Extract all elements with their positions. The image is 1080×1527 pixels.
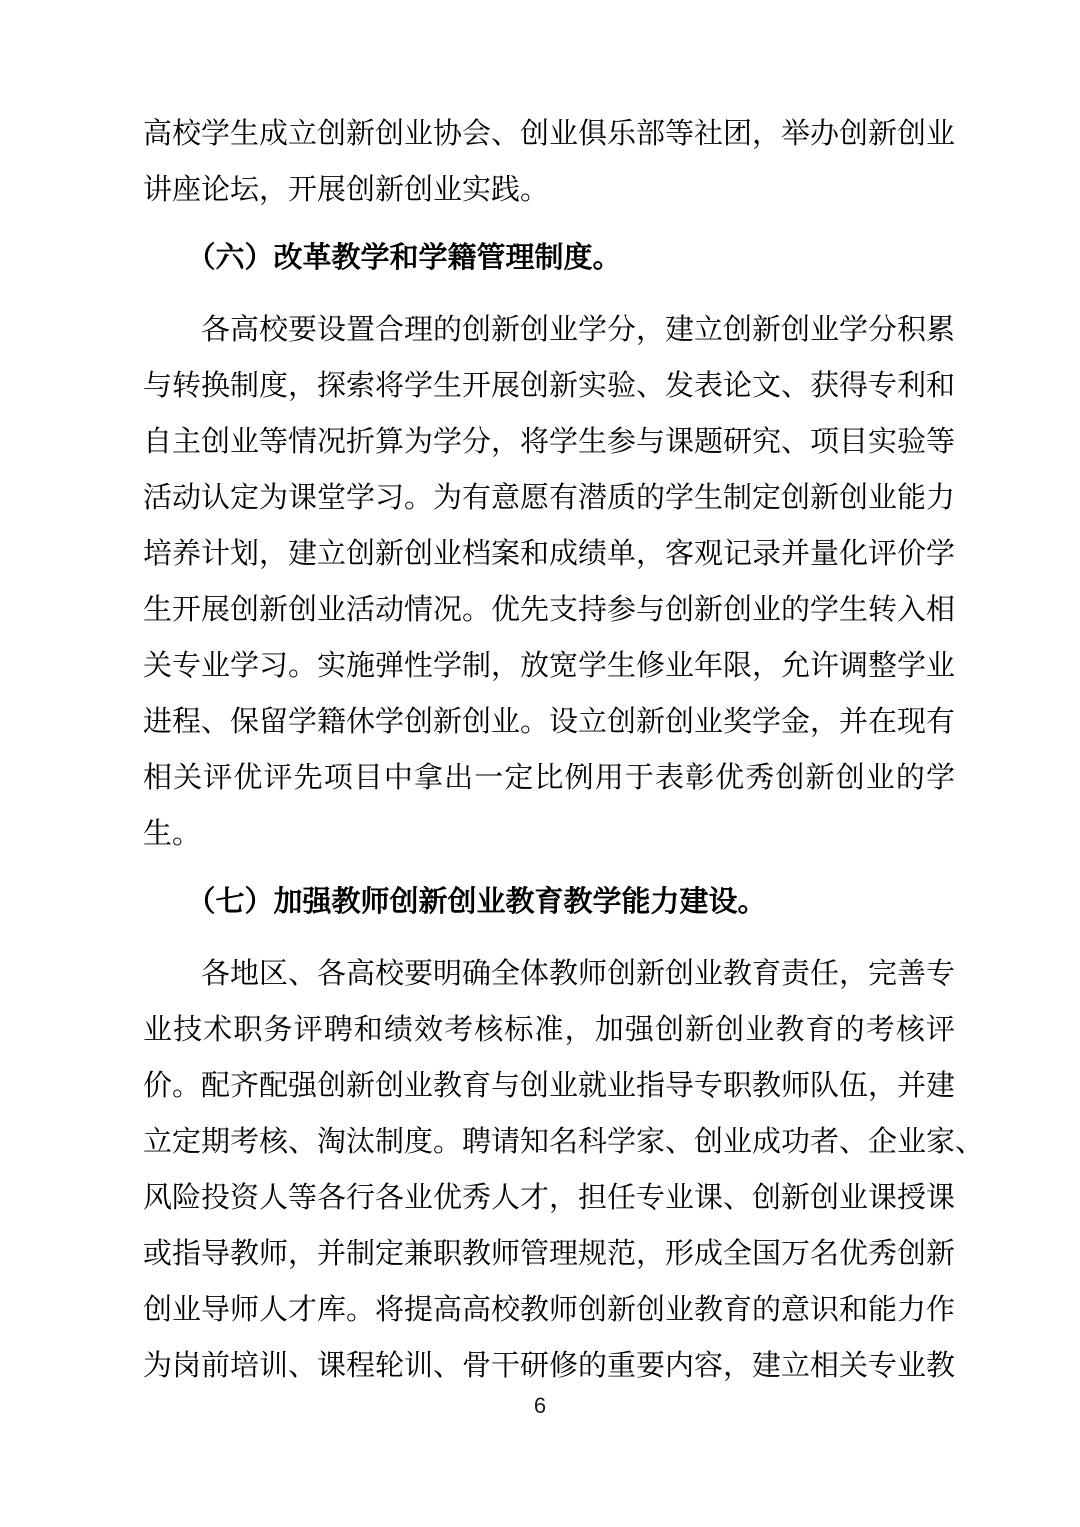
text-line: 培养计划，建立创新创业档案和成绩单，客观记录并量化评价学 — [143, 526, 955, 582]
document-page: 高校学生成立创新创业协会、创业俱乐部等社团，举办创新创业 讲座论坛，开展创新创业… — [0, 0, 1080, 1527]
opening-paragraph: 高校学生成立创新创业协会、创业俱乐部等社团，举办创新创业 讲座论坛，开展创新创业… — [143, 106, 955, 218]
text-line: 与转换制度，探索将学生开展创新实验、发表论文、获得专利和 — [143, 358, 955, 414]
text-line: 讲座论坛，开展创新创业实践。 — [143, 162, 955, 218]
heading-line: （七）加强教师创新创业教育教学能力建设。 — [143, 874, 955, 930]
text-line: 各地区、各高校要明确全体教师创新创业教育责任，完善专 — [143, 946, 955, 1002]
text-line: 关专业学习。实施弹性学制，放宽学生修业年限，允许调整学业 — [143, 638, 955, 694]
section-heading-7: （七）加强教师创新创业教育教学能力建设。 — [143, 874, 955, 930]
text-line: 相关评优评先项目中拿出一定比例用于表彰优秀创新创业的学 — [143, 750, 955, 806]
text-line: 生开展创新创业活动情况。优先支持参与创新创业的学生转入相 — [143, 582, 955, 638]
section-heading-6: （六）改革教学和学籍管理制度。 — [143, 230, 955, 286]
page-number: 6 — [0, 1393, 1080, 1419]
text-line: 创业导师人才库。将提高高校教师创新创业教育的意识和能力作 — [143, 1282, 955, 1338]
text-line: 生。 — [143, 806, 955, 862]
text-line: 业技术职务评聘和绩效考核标准，加强创新创业教育的考核评 — [143, 1002, 955, 1058]
text-line: 价。配齐配强创新创业教育与创业就业指导专职教师队伍，并建 — [143, 1058, 955, 1114]
paragraph-section-6: 各高校要设置合理的创新创业学分，建立创新创业学分积累 与转换制度，探索将学生开展… — [143, 302, 955, 862]
text-line: 或指导教师，并制定兼职教师管理规范，形成全国万名优秀创新 — [143, 1226, 955, 1282]
text-line: 各高校要设置合理的创新创业学分，建立创新创业学分积累 — [143, 302, 955, 358]
paragraph-section-7: 各地区、各高校要明确全体教师创新创业教育责任，完善专 业技术职务评聘和绩效考核标… — [143, 946, 955, 1394]
text-line: 风险投资人等各行各业优秀人才，担任专业课、创新创业课授课 — [143, 1170, 955, 1226]
text-line: 为岗前培训、课程轮训、骨干研修的重要内容，建立相关专业教 — [143, 1338, 955, 1394]
text-line: 立定期考核、淘汰制度。聘请知名科学家、创业成功者、企业家、 — [143, 1114, 955, 1170]
text-line: 高校学生成立创新创业协会、创业俱乐部等社团，举办创新创业 — [143, 106, 955, 162]
text-line: 进程、保留学籍休学创新创业。设立创新创业奖学金，并在现有 — [143, 694, 955, 750]
document-body: 高校学生成立创新创业协会、创业俱乐部等社团，举办创新创业 讲座论坛，开展创新创业… — [143, 106, 955, 1394]
text-line: 活动认定为课堂学习。为有意愿有潜质的学生制定创新创业能力 — [143, 470, 955, 526]
text-line: 自主创业等情况折算为学分，将学生参与课题研究、项目实验等 — [143, 414, 955, 470]
heading-line: （六）改革教学和学籍管理制度。 — [143, 230, 955, 286]
